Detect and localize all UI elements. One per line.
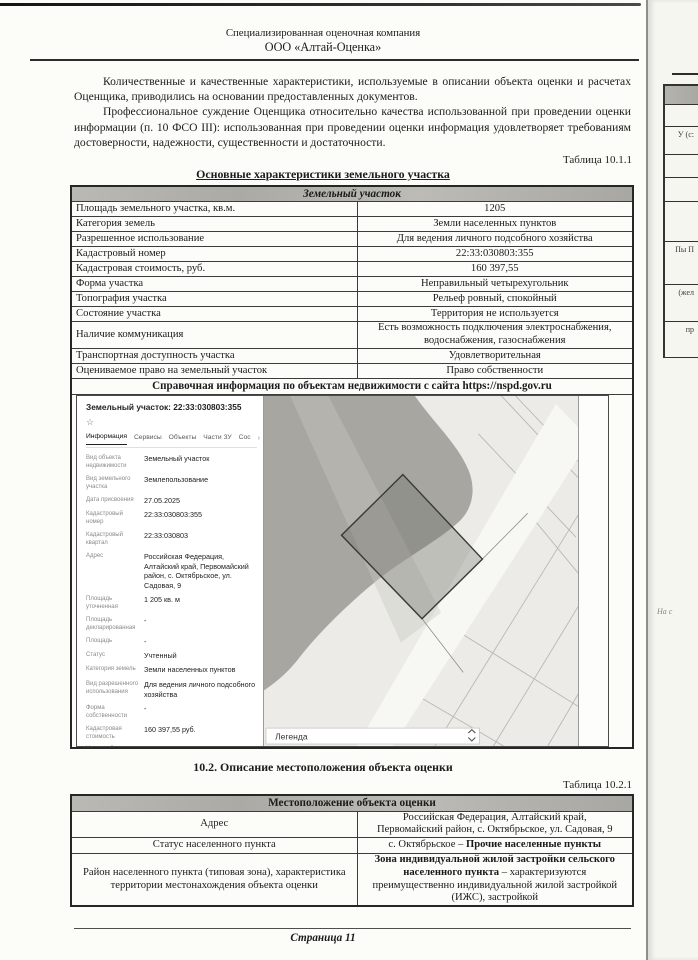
table-caption-10-2-1: Таблица 10.2.1: [0, 779, 632, 791]
panel-field: Кадастровый квартал 22:33:030803: [86, 531, 257, 547]
row-value: Зона индивидуальной жилой застройки сель…: [357, 854, 633, 907]
nspd-info-panel: Земельный участок: 22:33:030803:355 ☆ Ин…: [77, 396, 264, 746]
row-value: Неправильный четырехугольник: [357, 277, 633, 292]
company-header: Специализированная оценочная компания ОО…: [0, 0, 646, 56]
row-value: 160 397,55: [357, 262, 633, 277]
field-label: Категория земель: [86, 665, 144, 675]
map-side-strip: [578, 396, 608, 746]
legend-label-text: Легенда: [275, 732, 308, 742]
table-row: Категория земель Земли населенных пункто…: [71, 217, 633, 232]
row-value: Земли населенных пунктов: [357, 217, 633, 232]
row-label: Адрес: [71, 811, 357, 838]
district-row: Район населенного пункта (типовая зона),…: [71, 854, 633, 907]
table-row: Разрешенное использование Для ведения ли…: [71, 232, 633, 247]
table-header-row: Местоположение объекта оценки: [71, 795, 633, 811]
field-label: Кадастровая стоимость: [86, 725, 144, 741]
table-row: Оцениваемое право на земельный участок П…: [71, 364, 633, 379]
screenshot-row: Земельный участок: 22:33:030803:355 ☆ Ин…: [71, 395, 633, 749]
field-label: Вид земельного участка: [86, 475, 144, 491]
field-label: Вид объекта недвижимости: [86, 454, 144, 470]
next-page-note-fragment: На с: [657, 607, 672, 616]
next-page-table-fragment: У (с: Пы П (жел пр: [663, 84, 698, 358]
tab-objects: Объекты: [169, 432, 197, 446]
location-table: Местоположение объекта оценки Адрес Росс…: [70, 794, 634, 907]
field-label: Дата присвоения: [86, 496, 144, 506]
panel-field: Площадь -: [86, 637, 257, 647]
panel-field: Удельный показатель кадастровой стоимост…: [86, 745, 257, 746]
table-row: Топография участка Рельеф ровный, спокой…: [71, 292, 633, 307]
table-header-land-parcel: Земельный участок: [71, 186, 633, 202]
row-label: Кадастровый номер: [71, 247, 357, 262]
table-row: Состояние участка Территория не использу…: [71, 307, 633, 322]
nspd-tabs: Информация Сервисы Объекты Части ЗУ Сос …: [86, 431, 257, 449]
header-divider: [30, 59, 639, 61]
fragment-row: пр: [665, 322, 698, 358]
field-value: 27.05.2025: [144, 496, 180, 506]
footer-divider: [74, 928, 631, 929]
table-caption-10-1-1: Таблица 10.1.1: [0, 154, 632, 166]
fragment-row: [665, 105, 698, 127]
intro-text: Количественные и качественные характерис…: [74, 74, 631, 150]
scanned-report-page: Специализированная оценочная компания ОО…: [0, 0, 646, 960]
next-page-sliver: У (с: Пы П (жел пр На с: [646, 0, 698, 960]
section-title-location: 10.2. Описание местоположения объекта оц…: [0, 760, 646, 775]
status-value-bold: Прочие населенные пункты: [466, 839, 601, 850]
company-subtitle: Специализированная оценочная компания: [0, 26, 646, 40]
fragment-row: Пы П: [665, 242, 698, 285]
row-value: 1205: [357, 202, 633, 217]
row-value: Для ведения личного подсобного хозяйства: [357, 232, 633, 247]
cadastral-map-drawing: Легенда: [264, 396, 578, 746]
row-label: Кадастровая стоимость, руб.: [71, 262, 357, 277]
field-value: Земельный участок: [144, 454, 209, 470]
row-label: Наличие коммуникация: [71, 322, 357, 349]
row-value: Удовлетворительная: [357, 349, 633, 364]
row-label: Форма участка: [71, 277, 357, 292]
scan-edge-artifact: [0, 3, 641, 6]
panel-field: Категория земель Земли населенных пункто…: [86, 665, 257, 675]
table-header-location: Местоположение объекта оценки: [71, 795, 633, 811]
field-label: Вид разрешенного использования: [86, 680, 144, 699]
tabs-overflow-icon: ›: [258, 433, 260, 446]
field-value: 133,11 руб./кв. м: [144, 745, 199, 746]
field-label: Площадь уточненная: [86, 595, 144, 611]
nspd-screenshot-cell: Земельный участок: 22:33:030803:355 ☆ Ин…: [71, 395, 633, 749]
field-value: Учтенный: [144, 651, 177, 661]
row-value: с. Октябрьское – Прочие населенные пункт…: [357, 838, 633, 854]
row-label: Категория земель: [71, 217, 357, 232]
panel-field: Площадь декларированная -: [86, 616, 257, 632]
table-row: Форма участка Неправильный четырехугольн…: [71, 277, 633, 292]
status-row: Статус населенного пункта с. Октябрьское…: [71, 838, 633, 854]
row-value: 22:33:030803:355: [357, 247, 633, 262]
field-label: Статус: [86, 651, 144, 661]
row-label: Оцениваемое право на земельный участок: [71, 364, 357, 379]
row-value: Российская Федерация, Алтайский край, Пе…: [357, 811, 633, 838]
row-label: Район населенного пункта (типовая зона),…: [71, 854, 357, 907]
field-label: Кадастровый номер: [86, 510, 144, 526]
info-row: Справочная информация по объектам недвиж…: [71, 379, 633, 395]
table-header-row: Земельный участок: [71, 186, 633, 202]
row-label: Площадь земельного участка, кв.м.: [71, 202, 357, 217]
row-label: Статус населенного пункта: [71, 838, 357, 854]
field-value: 160 397,55 руб.: [144, 725, 196, 741]
address-row: Адрес Российская Федерация, Алтайский кр…: [71, 811, 633, 838]
fragment-row: У (с:: [665, 127, 698, 155]
field-value: 1 205 кв. м: [144, 595, 180, 611]
field-label: Площадь: [86, 637, 144, 647]
field-value: 22:33:030803: [144, 531, 188, 547]
tab-parcel-parts: Части ЗУ: [203, 432, 231, 446]
field-value: Российская Федерация, Алтайский край, Пе…: [144, 552, 257, 591]
fragment-row: [665, 202, 698, 242]
row-value: Территория не используется: [357, 307, 633, 322]
panel-field: Кадастровый номер 22:33:030803:355: [86, 510, 257, 526]
panel-field: Статус Учтенный: [86, 651, 257, 661]
table-row: Площадь земельного участка, кв.м. 1205: [71, 202, 633, 217]
field-value: -: [144, 616, 146, 632]
field-value: Для ведения личного подсобного хозяйства: [144, 680, 257, 699]
land-parcel-table: Земельный участок Площадь земельного уча…: [70, 185, 634, 749]
status-value-prefix: с. Октябрьское –: [388, 839, 466, 850]
intro-paragraph-2: Профессиональное суждение Оценщика относ…: [74, 104, 631, 150]
row-label: Топография участка: [71, 292, 357, 307]
field-label: Кадастровый квартал: [86, 531, 144, 547]
field-value: 22:33:030803:355: [144, 510, 202, 526]
table-row: Кадастровый номер 22:33:030803:355: [71, 247, 633, 262]
nspd-parcel-title: Земельный участок: 22:33:030803:355: [86, 402, 257, 413]
row-value: Рельеф ровный, спокойный: [357, 292, 633, 307]
row-label: Разрешенное использование: [71, 232, 357, 247]
legend-bar: Легенда: [266, 728, 479, 744]
field-value: -: [144, 637, 146, 647]
intro-paragraph-1: Количественные и качественные характерис…: [74, 74, 631, 104]
field-value: -: [144, 704, 146, 720]
field-label: Удельный показатель кадастровой стоимост…: [86, 745, 144, 746]
panel-field: Форма собственности -: [86, 704, 257, 720]
next-page-table-header: [665, 86, 698, 105]
panel-field: Вид разрешенного использования Для веден…: [86, 680, 257, 699]
panel-field: Адрес Российская Федерация, Алтайский кр…: [86, 552, 257, 591]
table-row: Кадастровая стоимость, руб. 160 397,55: [71, 262, 633, 277]
fragment-row: [665, 178, 698, 202]
field-value: Земли населенных пунктов: [144, 665, 235, 675]
row-label: Состояние участка: [71, 307, 357, 322]
field-label: Площадь декларированная: [86, 616, 144, 632]
fragment-row: [665, 155, 698, 178]
panel-field: Вид объекта недвижимости Земельный участ…: [86, 454, 257, 470]
panel-field: Кадастровая стоимость 160 397,55 руб.: [86, 725, 257, 741]
tab-information: Информация: [86, 431, 127, 446]
field-label: Адрес: [86, 552, 144, 591]
tab-composition: Сос: [239, 432, 251, 446]
company-name: ООО «Алтай-Оценка»: [0, 40, 646, 56]
cadastral-map: Легенда: [264, 396, 578, 746]
field-label: Форма собственности: [86, 704, 144, 720]
panel-field: Дата присвоения 27.05.2025: [86, 496, 257, 506]
tab-services: Сервисы: [134, 432, 162, 446]
page-number: Страница 11: [0, 932, 646, 944]
row-value: Право собственности: [357, 364, 633, 379]
fragment-row: (жел: [665, 285, 698, 322]
reference-info-title: Справочная информация по объектам недвиж…: [71, 379, 633, 395]
row-label: Транспортная доступность участка: [71, 349, 357, 364]
table-row: Транспортная доступность участка Удовлет…: [71, 349, 633, 364]
panel-field: Вид земельного участка Землепользование: [86, 475, 257, 491]
nspd-screenshot: Земельный участок: 22:33:030803:355 ☆ Ин…: [76, 395, 609, 747]
row-value: Есть возможность подключения электроснаб…: [357, 322, 633, 349]
field-value: Землепользование: [144, 475, 208, 491]
section-title-main-characteristics: Основные характеристики земельного участ…: [0, 167, 646, 182]
next-page-header-rule: [672, 73, 698, 75]
panel-field: Площадь уточненная 1 205 кв. м: [86, 595, 257, 611]
favorite-star-icon: ☆: [86, 416, 257, 429]
table-row: Наличие коммуникация Есть возможность по…: [71, 322, 633, 349]
